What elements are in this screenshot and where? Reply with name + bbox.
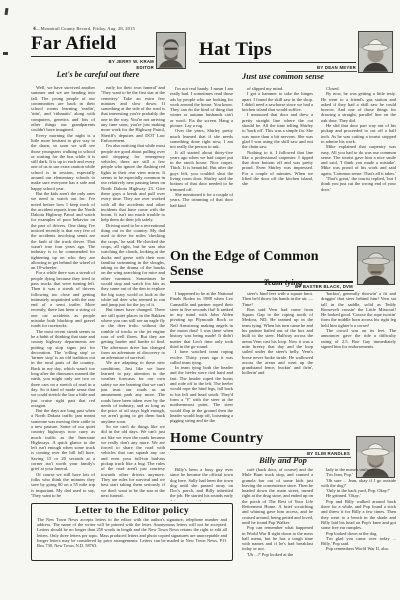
home-country-headline: Home Country <box>170 432 350 447</box>
common-sense-column-2: steer's hind feet with a square knot. Th… <box>242 291 313 443</box>
common-sense-column-3: 'backin', generally throwin' a fit and d… <box>321 291 396 443</box>
publication-dateline: —Mountrail County Record, Friday, Aug. 2… <box>36 26 135 31</box>
common-sense-headline: On the Edge of Common Sense <box>170 250 353 279</box>
common-sense-column-1: I happened to be at the National Finals … <box>170 291 233 443</box>
far-afield-header: Far Afield BY JERRY W. KRAM EDITOR <box>31 34 155 71</box>
jerry-kram-headshot-photo <box>156 32 186 69</box>
home-country-column-1: Billy's been a busy guy ever since he be… <box>170 467 233 501</box>
home-country-column-3: lady in the nurse's uniform.'I'm Jean, P… <box>321 467 396 571</box>
letter-policy-title: Letter to the Editor policy <box>32 506 232 516</box>
dean-meyer-headshot-photo <box>358 31 393 73</box>
cowboy-hat-man-portrait-icon <box>359 32 392 72</box>
scan-artifact-mark <box>5 8 9 15</box>
bearded-man-portrait-icon <box>157 33 185 68</box>
far-afield-byline: BY JERRY W. KRAM <box>31 57 155 65</box>
home-country-deck: Billy and Pop <box>170 455 396 465</box>
hat-tips-column-3: Closed.By now, he was getting a little t… <box>321 86 396 244</box>
far-afield-column-2: early for their own funeral' and 'They w… <box>101 85 165 499</box>
home-country-column-2: café (back door, of course) and the Mule… <box>242 467 313 571</box>
newspaper-opinion-page: 4—Mountrail County Record, Friday, Aug. … <box>0 0 400 600</box>
hat-tips-headline: Hat Tips <box>199 40 356 60</box>
hat-tips-header: Hat Tips BY DEAN MEYER <box>199 40 356 72</box>
far-afield-headline: Far Afield <box>31 34 155 54</box>
common-sense-deck: Team tying <box>170 277 396 287</box>
scan-artifact-mark <box>3 52 8 55</box>
far-afield-column-1: Well, we have survived another summer an… <box>31 85 95 499</box>
letter-policy-box: Letter to the Editor policy The New Town… <box>31 503 233 561</box>
hat-tips-deck: Just use common sense <box>170 71 396 81</box>
folio-line: 4—Mountrail County Record, Friday, Aug. … <box>33 26 135 32</box>
letter-policy-text: The New Town News accepts letters to the… <box>32 517 232 548</box>
hat-tips-column-1: I'm not real handy. I mean I am really b… <box>170 86 233 244</box>
hat-tips-column-2: of slipped my mind.I got a hammer to tak… <box>242 86 313 244</box>
far-afield-deck: Let's be careful out there <box>31 70 165 79</box>
